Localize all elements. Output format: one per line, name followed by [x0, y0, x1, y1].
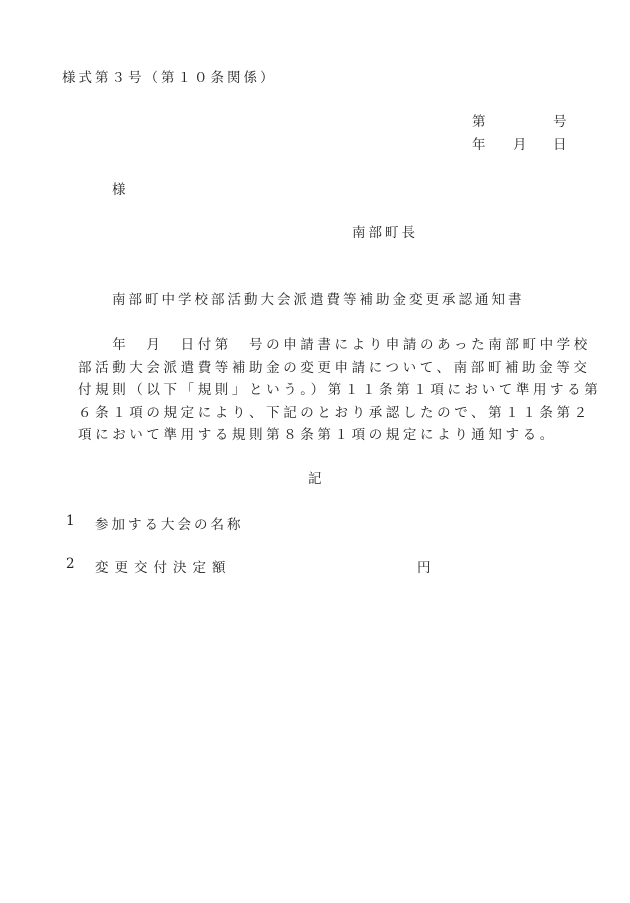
document-title: 南部町中学校部活動大会派遣費等補助金変更承認通知書 — [112, 288, 525, 308]
addressee-suffix: 様 — [112, 178, 126, 198]
item-number: 1 — [66, 513, 75, 529]
item-label: 参加する大会の名称 — [95, 513, 244, 533]
ref-number-suffix: 号 — [553, 110, 567, 130]
ki-heading: 記 — [308, 467, 322, 487]
ref-number-prefix: 第 — [472, 110, 486, 130]
item-value: 円 — [417, 556, 431, 576]
body-line: ６条１項の規定により、下記のとおり承認したので、第１１条第２ — [78, 401, 591, 421]
body-line: 部活動大会派遣費等補助金の変更申請について、南部町補助金等交 — [78, 356, 590, 376]
date-month: 月 — [513, 133, 527, 153]
body-line: 年 月 日付第 号の申請書により申請のあった南部町中学校 — [78, 333, 591, 353]
sender: 南部町長 — [352, 221, 418, 241]
body-line: 付規則（以下「規則」という。）第１１条第１項において準用する第 — [78, 378, 601, 398]
date-year: 年 — [472, 133, 486, 153]
body-line: 項において準用する規則第８条第１項の規定により通知する。 — [78, 423, 557, 443]
form-number: 様式第３号（第１０条関係） — [62, 66, 277, 86]
item-number: 2 — [66, 556, 75, 572]
date-day: 日 — [553, 133, 567, 153]
item-label: 変更交付決定額 — [95, 556, 232, 576]
